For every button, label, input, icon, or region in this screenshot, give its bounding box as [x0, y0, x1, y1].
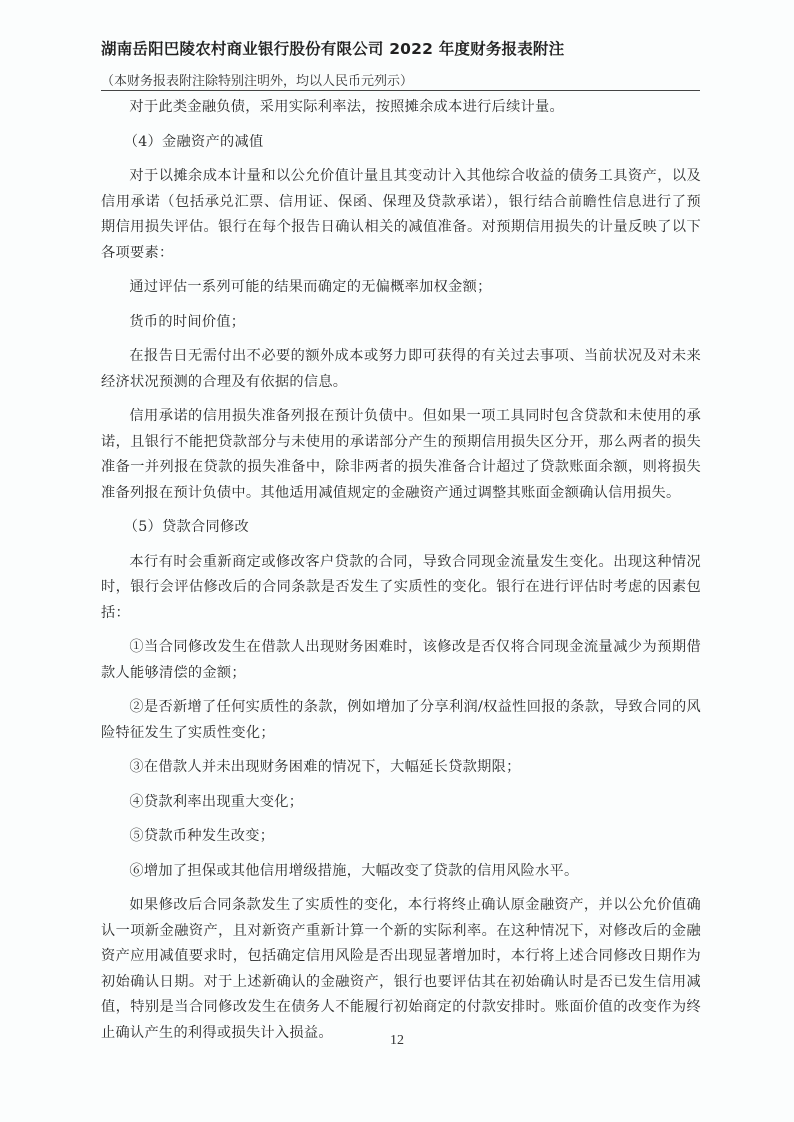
- list-item-factor-2: ②是否新增了任何实质性的条款，例如增加了分享利润/权益性回报的条款，导致合同的风…: [101, 695, 701, 746]
- paragraph-element-probability-weighted: 通过评估一系列可能的结果而确定的无偏概率加权金额；: [101, 275, 701, 301]
- list-item-factor-6: ⑥增加了担保或其他信用增级措施，大幅改变了贷款的信用风险水平。: [101, 859, 701, 885]
- paragraph-element-time-value: 货币的时间价值；: [101, 310, 701, 336]
- list-item-factor-1: ①当合同修改发生在借款人出现财务困难时，该修改是否仅将合同现金流量减少为预期借款…: [101, 635, 701, 686]
- section-heading-impairment: （4）金融资产的减值: [101, 130, 701, 156]
- document-header-subtitle: （本财务报表附注除特别注明外，均以人民币元列示）: [101, 70, 413, 89]
- section-heading-loan-modification: （5）贷款合同修改: [101, 515, 701, 541]
- page-number: 12: [0, 1033, 794, 1049]
- paragraph-element-reasonable-info: 在报告日无需付出不必要的额外成本或努力即可获得的有关过去事项、当前状况及对未来经…: [101, 344, 701, 395]
- list-item-factor-5: ⑤贷款币种发生改变；: [101, 824, 701, 850]
- header-divider: [101, 90, 700, 91]
- list-item-factor-4: ④贷款利率出现重大变化；: [101, 790, 701, 816]
- paragraph-financial-liability-measurement: 对于此类金融负债，采用实际利率法，按照摊余成本进行后续计量。: [101, 95, 701, 121]
- paragraph-loan-modification-intro: 本行有时会重新商定或修改客户贷款的合同，导致合同现金流量发生变化。出现这种情况时…: [101, 550, 701, 627]
- document-body: 对于此类金融负债，采用实际利率法，按照摊余成本进行后续计量。 （4）金融资产的减…: [101, 95, 701, 1055]
- paragraph-substantial-modification: 如果修改后合同条款发生了实质性的变化，本行将终止确认原金融资产，并以公允价值确认…: [101, 893, 701, 1046]
- document-page: 湖南岳阳巴陵农村商业银行股份有限公司 2022 年度财务报表附注 （本财务报表附…: [0, 0, 794, 1122]
- list-item-factor-3: ③在借款人并未出现财务困难的情况下，大幅延长贷款期限；: [101, 755, 701, 781]
- document-header-title: 湖南岳阳巴陵农村商业银行股份有限公司 2022 年度财务报表附注: [101, 37, 564, 59]
- paragraph-impairment-scope: 对于以摊余成本计量和以公允价值计量且其变动计入其他综合收益的债务工具资产，以及信…: [101, 164, 701, 266]
- paragraph-credit-commitment-provision: 信用承诺的信用损失准备列报在预计负债中。但如果一项工具同时包含贷款和未使用的承诺…: [101, 404, 701, 506]
